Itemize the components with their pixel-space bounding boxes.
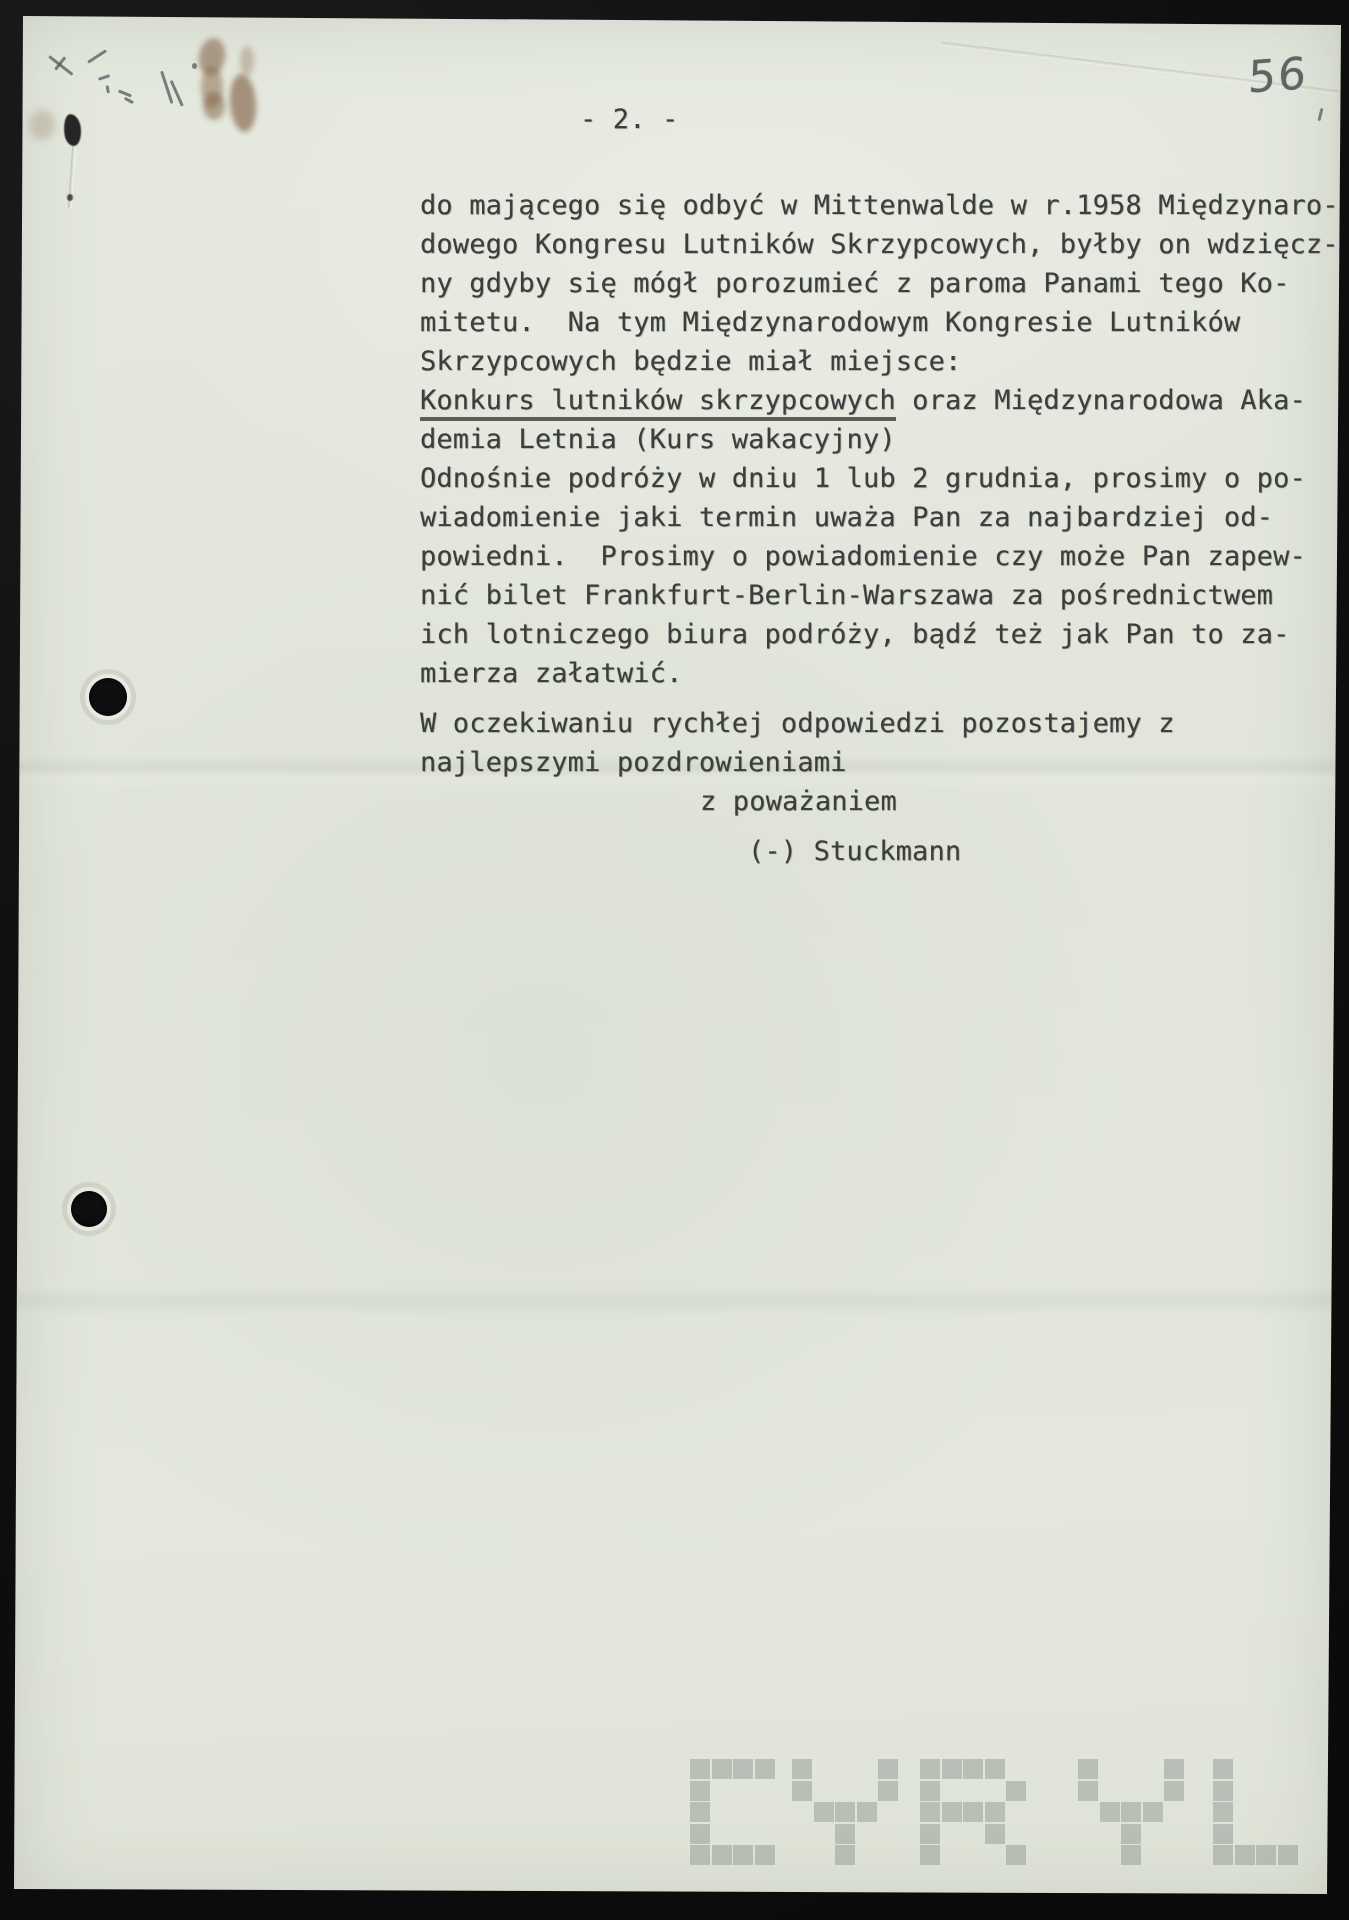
letter-line: Odnośnie podróży w dniu 1 lub 2 grudnia,… (420, 459, 1339, 498)
letter-line: demia Letnia (Kurs wakacyjny) (420, 420, 1339, 459)
closing-line: najlepszymi pozdrowieniami (420, 747, 847, 778)
watermark-block (690, 1845, 710, 1865)
punch-hole (71, 1191, 107, 1227)
rust-stain (203, 92, 225, 120)
pencil-mark (87, 49, 107, 63)
watermark-block (963, 1802, 983, 1822)
watermark-block (942, 1802, 962, 1822)
watermark-block (1213, 1802, 1233, 1822)
watermark-block (857, 1802, 877, 1822)
ink-speck (67, 194, 73, 201)
rust-stain (201, 66, 223, 108)
watermark-block (1006, 1781, 1026, 1801)
watermark-block (1213, 1759, 1233, 1779)
closing-line: W oczekiwaniu rychłej odpowiedzi pozosta… (420, 708, 1175, 739)
rust-stain (196, 36, 228, 78)
watermark-block (792, 1781, 812, 1801)
letter-line: nić bilet Frankfurt-Berlin-Warszawa za p… (420, 576, 1339, 615)
letter-line: dowego Kongresu Lutników Skrzypcowych, b… (420, 225, 1339, 264)
watermark-block (690, 1781, 710, 1801)
pencil-mark (98, 74, 110, 80)
paper-crease (68, 146, 76, 208)
watermark-block (920, 1781, 940, 1801)
watermark-block (835, 1845, 855, 1865)
letter-line: Konkurs lutników skrzypcowych oraz Międz… (420, 381, 1339, 420)
letter-line: ich lotniczego biura podróży, bądź też j… (420, 615, 1339, 654)
watermark-block (792, 1759, 812, 1779)
underlined-text: Konkurs lutników skrzypcowych (420, 385, 896, 421)
watermark-block (690, 1802, 710, 1822)
letter-line: do mającego się odbyć w Mittenwalde w r.… (420, 186, 1339, 225)
rust-stain (240, 46, 254, 76)
pencil-mark (106, 85, 110, 93)
watermark-block (985, 1824, 1005, 1844)
ink-blot (62, 113, 83, 147)
watermark-block (1213, 1781, 1233, 1801)
letter-line: ny gdyby się mógł porozumieć z paroma Pa… (420, 264, 1339, 303)
watermark-block (690, 1759, 710, 1779)
watermark-block (1078, 1781, 1098, 1801)
watermark-block (755, 1845, 775, 1865)
watermark-block (733, 1759, 753, 1779)
watermark-block (1006, 1845, 1026, 1865)
watermark-block (1213, 1824, 1233, 1844)
watermark-block (835, 1802, 855, 1822)
watermark-block (1143, 1802, 1163, 1822)
paper-crease (0, 1286, 1349, 1316)
watermark-block (1235, 1845, 1255, 1865)
watermark-block (690, 1824, 710, 1844)
document-page: - 2. - 56 do mającego się odbyć w Mitten… (0, 0, 1349, 1920)
watermark-block (1164, 1759, 1184, 1779)
watermark-block (1256, 1845, 1276, 1865)
letter-line: wiadomienie jaki termin uważa Pan za naj… (420, 498, 1339, 537)
valediction: z poważaniem (700, 786, 897, 817)
watermark-block (1164, 1781, 1184, 1801)
watermark-block (712, 1845, 732, 1865)
watermark-block (1121, 1845, 1141, 1865)
rust-stain (29, 110, 55, 140)
watermark-block (835, 1824, 855, 1844)
watermark-block (963, 1759, 983, 1779)
letter-line: Skrzypcowych będzie miał miejsce: (420, 342, 1339, 381)
watermark-block (1278, 1845, 1298, 1865)
watermark-block (1100, 1802, 1120, 1822)
folio-number-handwritten: 56 (1247, 47, 1319, 103)
watermark-block (920, 1824, 940, 1844)
watermark-block (1121, 1802, 1141, 1822)
watermark-block (712, 1759, 732, 1779)
watermark-block (1213, 1845, 1233, 1865)
pencil-mark (118, 89, 132, 97)
watermark-block (878, 1759, 898, 1779)
signature: (-) Stuckmann (748, 836, 961, 867)
pencil-mark (161, 71, 174, 104)
letter-line: mitetu. Na tym Międzynarodowym Kongresie… (420, 303, 1339, 342)
pencil-mark (192, 63, 197, 69)
watermark-block (755, 1759, 775, 1779)
watermark-block (814, 1802, 834, 1822)
watermark-block (878, 1781, 898, 1801)
watermark-block (920, 1845, 940, 1865)
watermark-block (920, 1759, 940, 1779)
letter-line: powiedni. Prosimy o powiadomienie czy mo… (420, 537, 1339, 576)
rust-stain (228, 73, 258, 133)
scan-background: - 2. - 56 do mającego się odbyć w Mitten… (0, 0, 1349, 1920)
watermark-block (733, 1845, 753, 1865)
pencil-tick (1317, 108, 1323, 121)
pencil-mark (124, 97, 134, 104)
letter-line: mierza załatwić. (420, 654, 1339, 693)
watermark-block (920, 1802, 940, 1822)
watermark-block (985, 1759, 1005, 1779)
watermark-block (985, 1802, 1005, 1822)
watermark-block (942, 1759, 962, 1779)
punch-hole (89, 678, 127, 716)
watermark-block (1121, 1824, 1141, 1844)
page-number: - 2. - (580, 104, 678, 135)
letter-body: do mającego się odbyć w Mittenwalde w r.… (420, 186, 1339, 693)
watermark-block (1078, 1759, 1098, 1779)
